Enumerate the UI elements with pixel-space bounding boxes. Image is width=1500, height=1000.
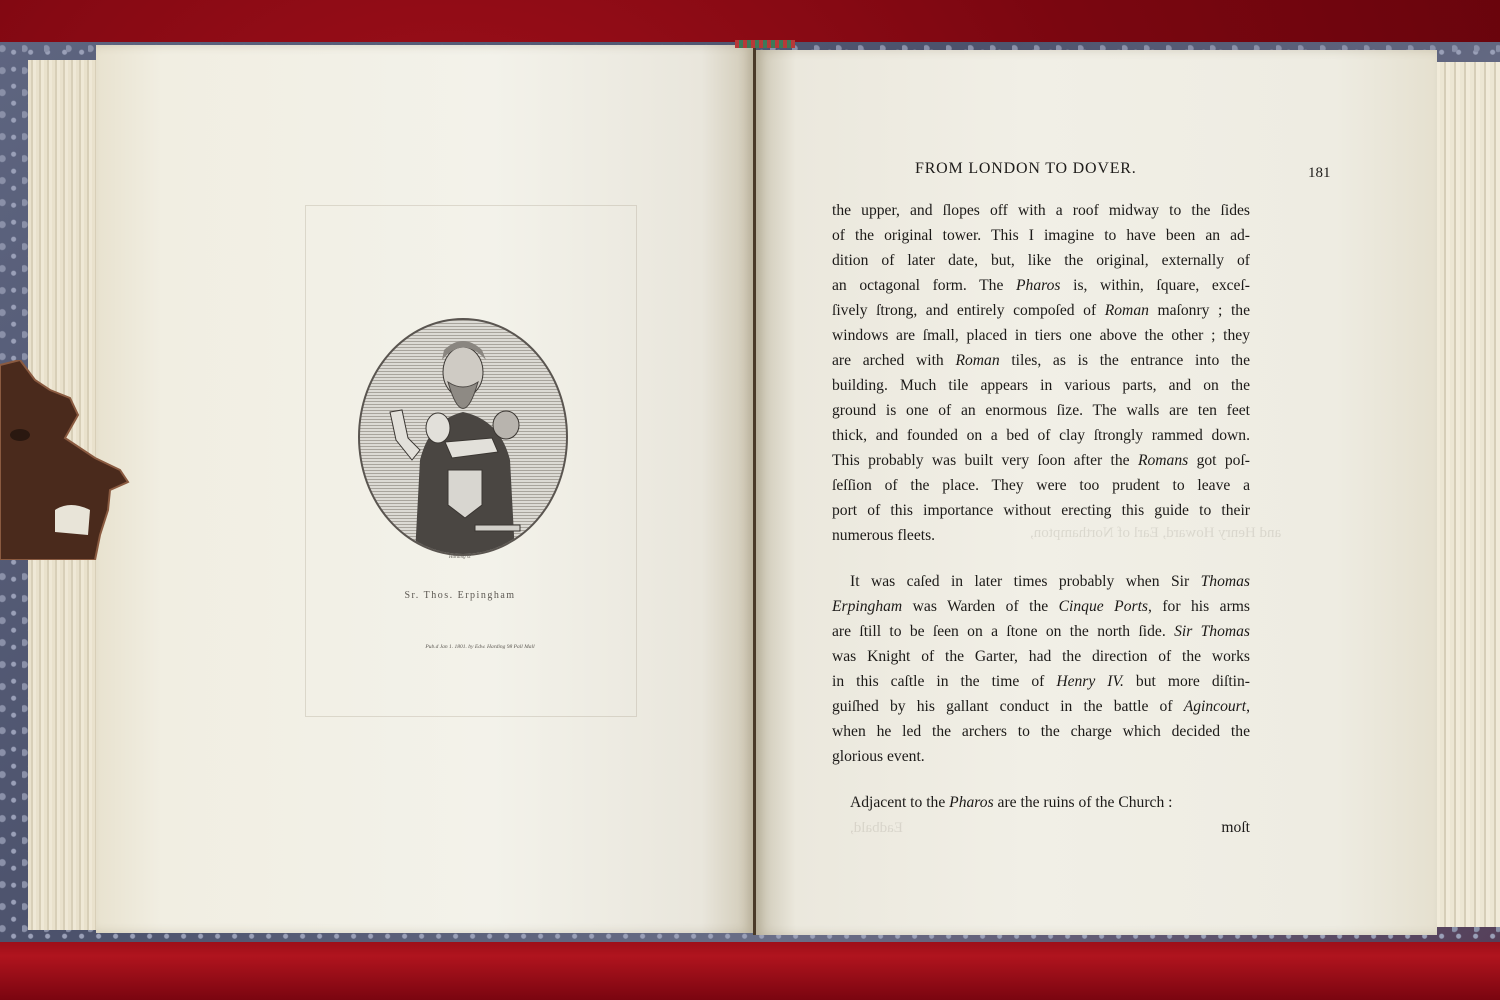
- publisher-line: Pub.d Jan 1. 1801. by Edw. Harding 98 Pa…: [390, 644, 570, 650]
- text-line: port of this importance without erecting…: [832, 498, 1250, 523]
- page-number: 181: [1308, 165, 1331, 182]
- portrait-caption: Sr. Thos. Erpingham: [380, 590, 540, 601]
- text-line: Adjacent to the Pharos are the ruins of …: [832, 790, 1250, 815]
- text-line: This probably was built very ſoon after …: [832, 448, 1250, 473]
- text-line: glorious event.: [832, 744, 1250, 769]
- paragraph-gap: [832, 769, 1250, 790]
- text-line: are arched with Roman tiles, as is the e…: [832, 348, 1250, 373]
- text-line: was Knight of the Garter, had the direct…: [832, 644, 1250, 669]
- portrait-figure-icon: [360, 320, 566, 554]
- metal-bookmark-icon: [0, 360, 130, 560]
- text-line: windows are ſmall, placed in tiers one a…: [832, 323, 1250, 348]
- text-line: It was caſed in later times probably whe…: [832, 569, 1250, 594]
- right-page-block-edges: [1430, 62, 1500, 927]
- page-body-text: the upper, and ſlopes off with a roof mi…: [832, 198, 1250, 840]
- text-line: ground is one of an enormous ſize. The w…: [832, 398, 1250, 423]
- text-line: thick, and founded on a bed of clay ſtro…: [832, 423, 1250, 448]
- text-line: are ſtill to be ſeen on a ſtone on the n…: [832, 619, 1250, 644]
- text-line: numerous fleets.: [832, 523, 1250, 548]
- catchword: moſt: [832, 815, 1250, 840]
- book-gutter: [753, 45, 756, 935]
- text-line: ſively ſtrong, and entirely compoſed of …: [832, 298, 1250, 323]
- text-line: Erpingham was Warden of the Cinque Ports…: [832, 594, 1250, 619]
- text-line: the upper, and ſlopes off with a roof mi…: [832, 198, 1250, 223]
- text-line: in this caſtle in the time of Henry IV. …: [832, 669, 1250, 694]
- text-line: dition of later date, but, like the orig…: [832, 248, 1250, 273]
- engraver-signature: Harding sc: [420, 555, 500, 560]
- text-line: an octagonal form. The Pharos is, within…: [832, 273, 1250, 298]
- paragraph-gap: [832, 548, 1250, 569]
- text-line: guiſhed by his gallant conduct in the ba…: [832, 694, 1250, 719]
- text-line: of the original tower. This I imagine to…: [832, 223, 1250, 248]
- text-line: when he led the archers to the charge wh…: [832, 719, 1250, 744]
- portrait-engraving: [358, 318, 568, 556]
- running-head: FROM LONDON TO DOVER.: [915, 160, 1137, 178]
- text-line: ſeſſion of the place. They were too prud…: [832, 473, 1250, 498]
- headband: [735, 40, 795, 48]
- text-line: building. Much tile appears in various p…: [832, 373, 1250, 398]
